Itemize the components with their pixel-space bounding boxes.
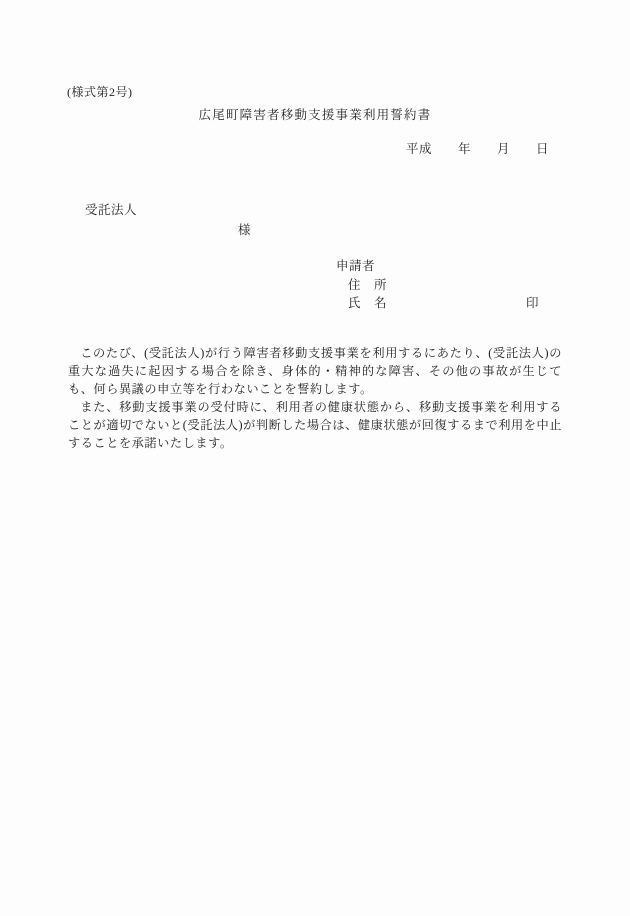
body-paragraph: また、移動支援事業の受付時に、利用者の健康状態から、移動支援事業を利用することが…: [68, 398, 562, 452]
recipient-honorific: 様: [238, 220, 251, 238]
form-number: (様式第2号): [67, 83, 133, 100]
body-text: このたび、(受託法人)が行う障害者移動支援事業を利用するにあたり、(受託法人)の…: [68, 344, 562, 452]
document-page: (様式第2号) 広尾町障害者移動支援事業利用誓約書 平成 年 月 日 受託法人 …: [0, 0, 630, 916]
seal-label: 印: [526, 293, 539, 311]
document-title: 広尾町障害者移動支援事業利用誓約書: [0, 105, 630, 123]
body-paragraph: このたび、(受託法人)が行う障害者移動支援事業を利用するにあたり、(受託法人)の…: [68, 344, 562, 398]
recipient-label: 受託法人: [85, 200, 137, 218]
applicant-label: 申請者: [336, 256, 375, 274]
date-line: 平成 年 月 日: [406, 139, 549, 157]
applicant-address-label: 住 所: [348, 275, 387, 293]
applicant-name-label: 氏 名: [348, 293, 387, 311]
